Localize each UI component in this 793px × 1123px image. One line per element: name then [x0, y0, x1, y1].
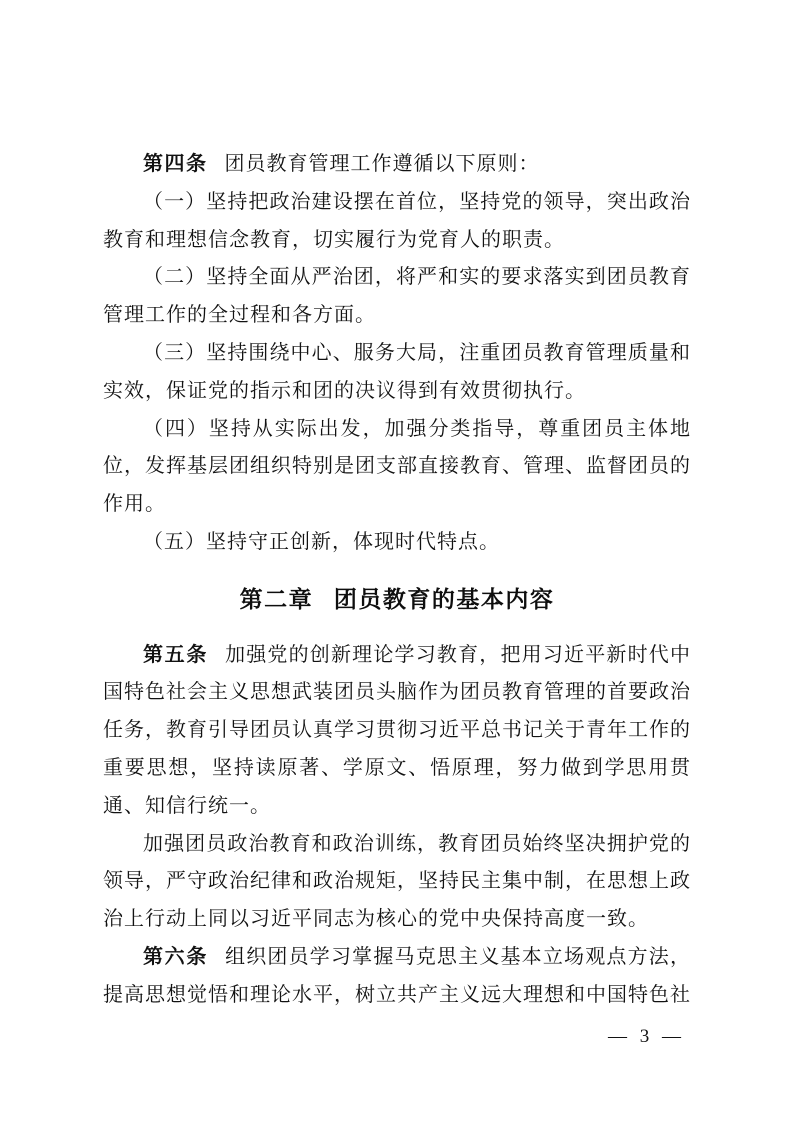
document-page: 第四条团员教育管理工作遵循以下原则： （一）坚持把政治建设摆在首位，坚持党的领导…: [0, 0, 793, 1123]
principle-3-text: （三）坚持围绕中心、服务大局，注重团员教育管理质量和实效，保证党的指示和团的决议…: [103, 342, 691, 402]
article-4-label: 第四条: [143, 153, 208, 175]
paragraph-article-5-continued: 加强团员政治教育和政治训练，教育团员始终坚决拥护党的领导，严守政治纪律和政治规矩…: [103, 826, 691, 939]
page-number: — 3 —: [608, 1026, 685, 1048]
article-5-label: 第五条: [143, 644, 208, 666]
paragraph-principle-2: （二）坚持全面从严治团，将严和实的要求落实到团员教育管理工作的全过程和各方面。: [103, 259, 691, 335]
principle-4-text: （四）坚持从实际出发，加强分类指导，尊重团员主体地位，发挥基层团组织特别是团支部…: [103, 418, 691, 516]
principle-5-text: （五）坚持守正创新，体现时代特点。: [143, 531, 500, 553]
paragraph-article-4: 第四条团员教育管理工作遵循以下原则：: [103, 146, 691, 184]
paragraph-principle-3: （三）坚持围绕中心、服务大局，注重团员教育管理质量和实效，保证党的指示和团的决议…: [103, 335, 691, 411]
article-5-continued-text: 加强团员政治教育和政治训练，教育团员始终坚决拥护党的领导，严守政治纪律和政治规矩…: [103, 833, 691, 931]
document-body: 第四条团员教育管理工作遵循以下原则： （一）坚持把政治建设摆在首位，坚持党的领导…: [103, 146, 691, 1015]
article-5-text: 加强党的创新理论学习教育，把用习近平新时代中国特色社会主义思想武装团员头脑作为团…: [103, 644, 691, 817]
principle-2-text: （二）坚持全面从严治团，将严和实的要求落实到团员教育管理工作的全过程和各方面。: [103, 266, 691, 326]
article-4-text: 团员教育管理工作遵循以下原则：: [225, 153, 540, 175]
chapter-2-heading: 第二章团员教育的基本内容: [103, 581, 691, 619]
paragraph-principle-4: （四）坚持从实际出发，加强分类指导，尊重团员主体地位，发挥基层团组织特别是团支部…: [103, 411, 691, 524]
paragraph-principle-5: （五）坚持守正创新，体现时代特点。: [103, 524, 691, 562]
paragraph-principle-1: （一）坚持把政治建设摆在首位，坚持党的领导，突出政治教育和理想信念教育，切实履行…: [103, 184, 691, 260]
chapter-2-label: 第二章: [240, 586, 314, 612]
paragraph-article-6: 第六条组织团员学习掌握马克思主义基本立场观点方法，提高思想觉悟和理论水平，树立共…: [103, 939, 691, 1015]
article-6-label: 第六条: [143, 946, 208, 968]
principle-1-text: （一）坚持把政治建设摆在首位，坚持党的领导，突出政治教育和理想信念教育，切实履行…: [103, 191, 691, 251]
chapter-2-title: 团员教育的基本内容: [334, 586, 555, 612]
paragraph-article-5: 第五条加强党的创新理论学习教育，把用习近平新时代中国特色社会主义思想武装团员头脑…: [103, 637, 691, 826]
